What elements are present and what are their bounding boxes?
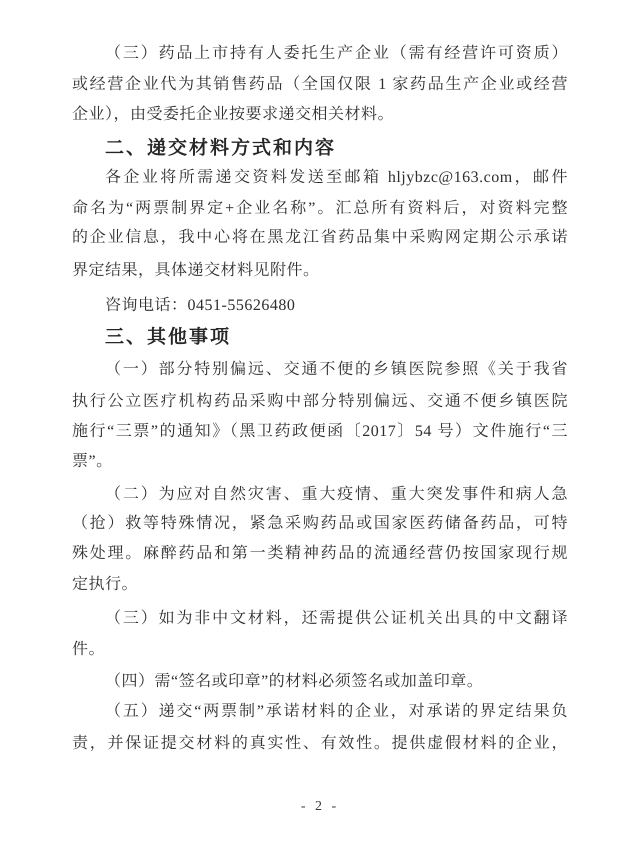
paragraph-line: （抢）救等特殊情况，紧急采购药品或国家医药储备药品，可特 <box>72 512 568 536</box>
paragraph-line: （三）如为非中文材料，还需提供公证机关出具的中文翻译 <box>72 607 568 631</box>
paragraph-line: （二）为应对自然灾害、重大疫情、重大突发事件和病人急 <box>72 483 568 507</box>
paragraph-line: 责，并保证提交材料的真实性、有效性。提供虚假材料的企业， <box>72 732 568 756</box>
page-number: - 2 - <box>0 799 640 815</box>
paragraph-line: 票”。 <box>72 450 568 474</box>
section-heading-3: 三、其他事项 <box>72 326 568 350</box>
paragraph-line: 的企业信息，我中心将在黑龙江省药品集中采购网定期公示承诺 <box>72 226 568 250</box>
paragraph-line: 各企业将所需递交资料发送至邮箱 hljybzc@163.com，邮件 <box>72 166 568 190</box>
paragraph-line: 或经营企业代为其销售药品（全国仅限 1 家药品生产企业或经营 <box>72 73 568 97</box>
paragraph-line: 界定结果，具体递交材料见附件。 <box>72 259 568 283</box>
paragraph-line: （五）递交“两票制”承诺材料的企业，对承诺的界定结果负 <box>72 700 568 724</box>
paragraph-line: （四）需“签名或印章”的材料必须签名或加盖印章。 <box>72 670 568 694</box>
contact-phone-line: 咨询电话：0451-55626480 <box>72 294 568 318</box>
paragraph-line: （一）部分特别偏远、交通不便的乡镇医院参照《关于我省 <box>72 358 568 382</box>
paragraph-line: 执行公立医疗机构药品采购中部分特别偏远、交通不便乡镇医院 <box>72 390 568 414</box>
paragraph-line: 施行“三票”的通知》（黑卫药政便函〔2017〕54 号）文件施行“三 <box>72 420 568 444</box>
paragraph-line: 殊处理。麻醉药品和第一类精神药品的流通经营仍按国家现行规 <box>72 542 568 566</box>
paragraph-line: 命名为“两票制界定+企业名称”。汇总所有资料后，对资料完整 <box>72 197 568 221</box>
paragraph-line: 件。 <box>72 638 568 662</box>
paragraph-line: 企业），由受委托企业按要求递交相关材料。 <box>72 103 568 127</box>
paragraph-line: （三）药品上市持有人委托生产企业（需有经营许可资质） <box>72 42 568 66</box>
section-heading-2: 二、递交材料方式和内容 <box>72 137 568 161</box>
document-page: （三）药品上市持有人委托生产企业（需有经营许可资质） 或经营企业代为其销售药品（… <box>0 0 640 848</box>
paragraph-line: 定执行。 <box>72 573 568 597</box>
